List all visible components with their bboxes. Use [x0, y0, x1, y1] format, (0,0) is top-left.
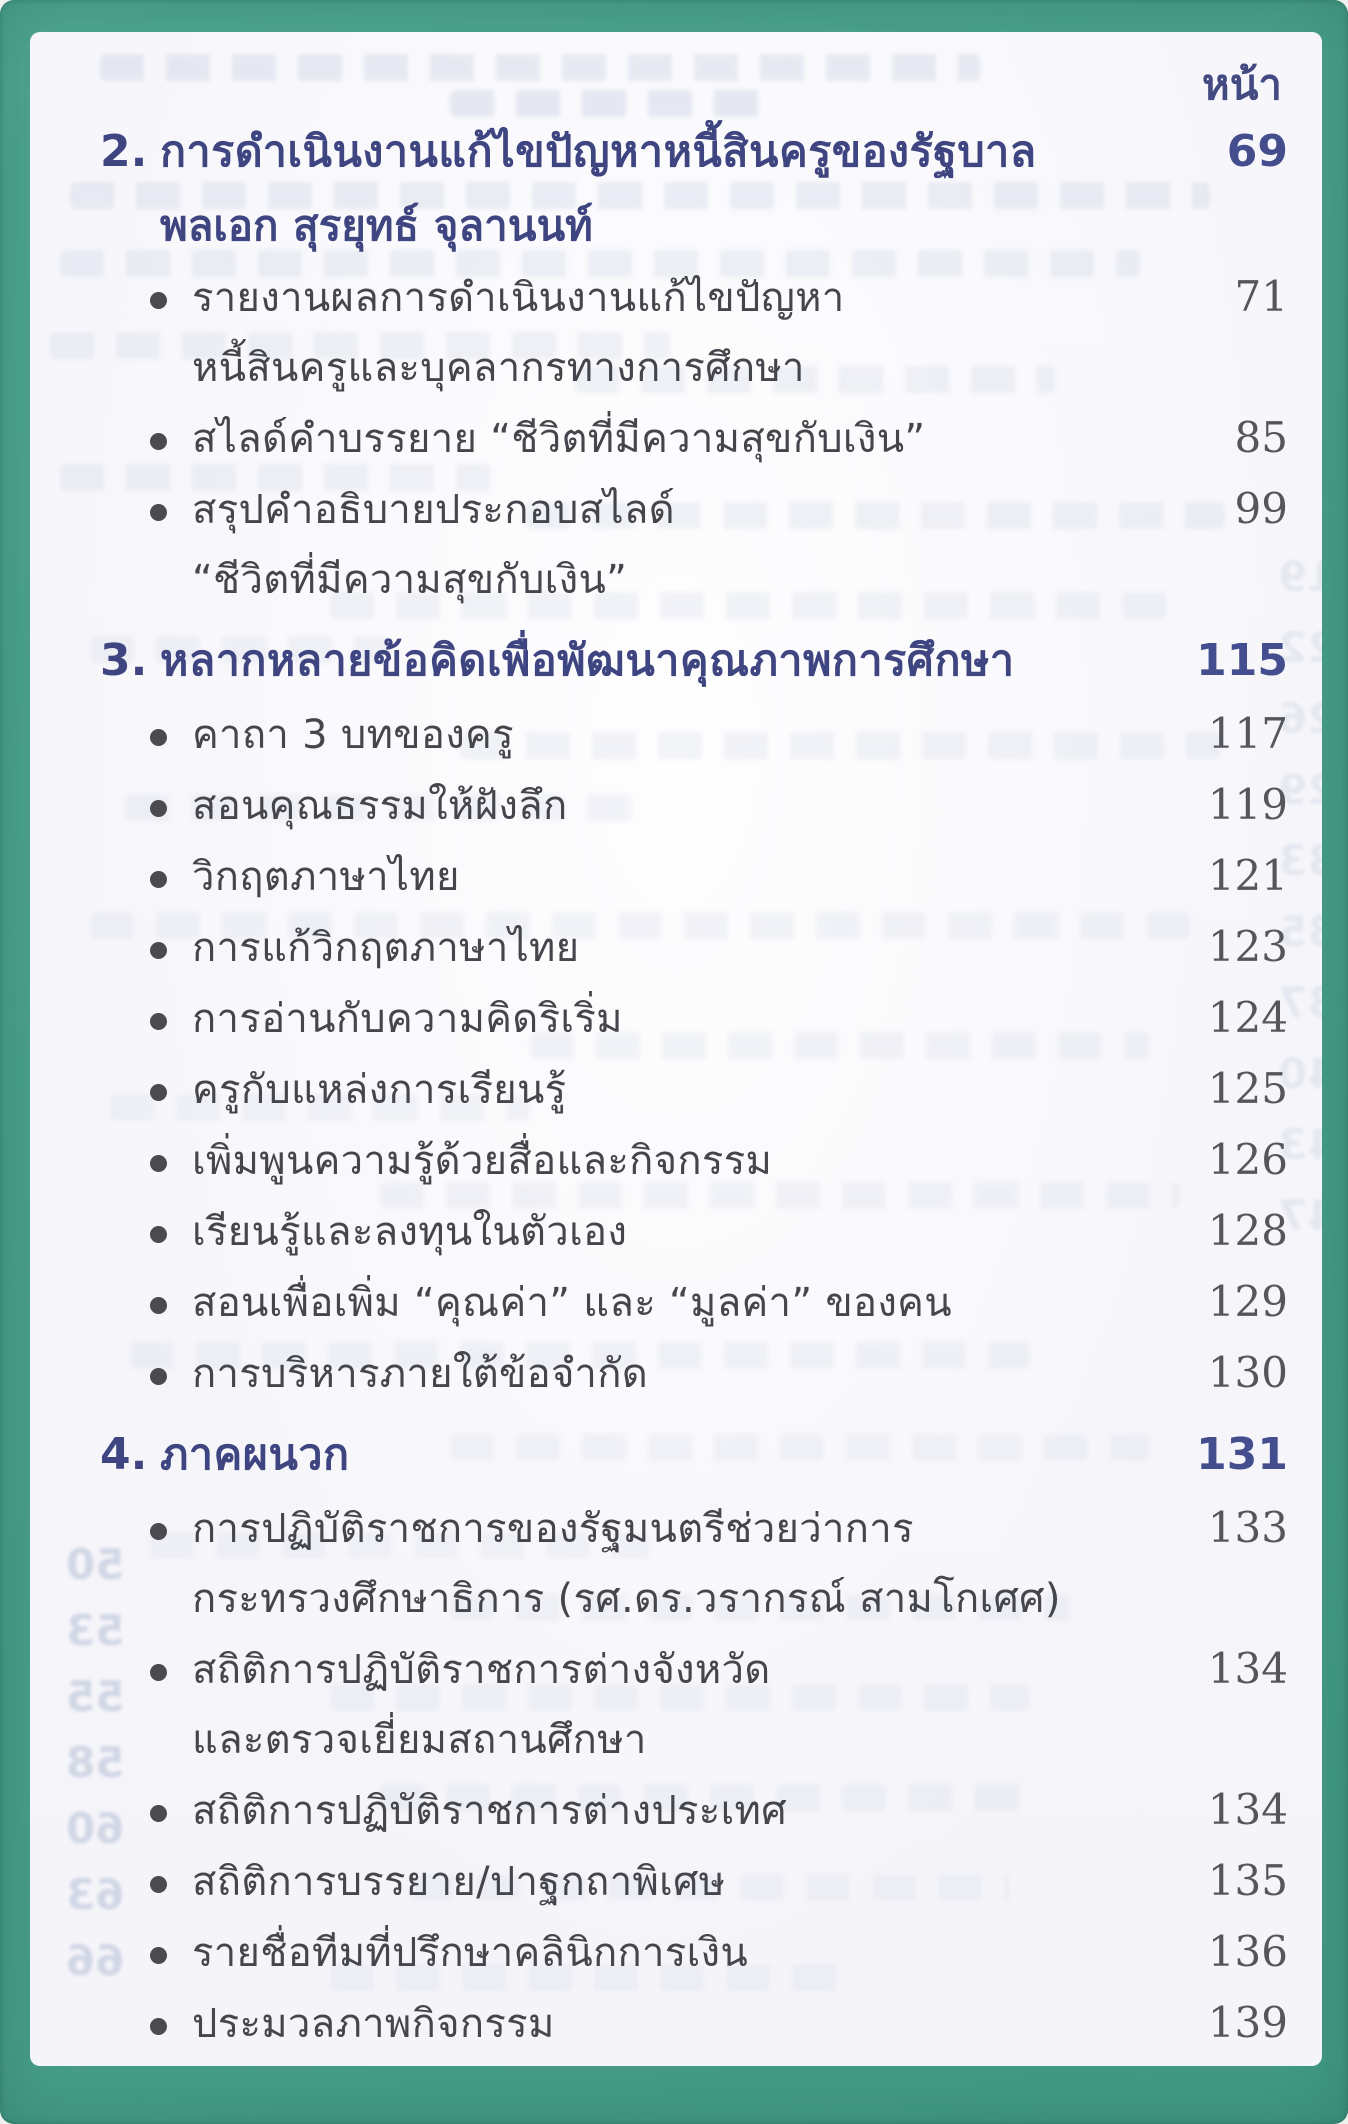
- item-title: สถิติการปฏิบัติราชการต่างจังหวัด: [192, 1635, 1176, 1705]
- toc-item-row: สอนเพื่อเพิ่ม “คุณค่า” และ “มูลค่า” ของค…: [100, 1267, 1288, 1338]
- item-page-number: 124: [1176, 983, 1288, 1053]
- item-title: การบริหารภายใต้ข้อจำกัด: [192, 1339, 1176, 1409]
- scan-border-frame: 5053555860636619222629333537404347 หน้า …: [0, 0, 1348, 2124]
- bullet-icon: [150, 942, 167, 959]
- bullet-icon: [150, 2018, 167, 2035]
- item-title: คาถา 3 บทของครู: [192, 700, 1176, 770]
- item-page-number: 134: [1176, 1634, 1288, 1704]
- item-title-continuation: หนี้สินครูและบุคลากรทางการศึกษา: [100, 333, 1288, 403]
- bullet-icon: [150, 1297, 167, 1314]
- bullet-icon: [150, 1805, 167, 1822]
- toc-item: การบริหารภายใต้ข้อจำกัด 130: [100, 1338, 1288, 1409]
- item-title-continuation: กระทรวงศึกษาธิการ (รศ.ดร.วรากรณ์ สามโกเศ…: [100, 1564, 1288, 1634]
- toc-item-row: รายชื่อทีมที่ปรึกษาคลินิกการเงิน 136: [100, 1917, 1288, 1988]
- item-title: สรุปคำอธิบายประกอบสไลด์: [192, 475, 1176, 545]
- section-number: 4.: [100, 1417, 160, 1493]
- toc-item-row: การปฏิบัติราชการของรัฐมนตรีช่วยว่าการ 13…: [100, 1493, 1288, 1564]
- toc-item: การแก้วิกฤตภาษาไทย 123: [100, 912, 1288, 983]
- toc-item-row: การแก้วิกฤตภาษาไทย 123: [100, 912, 1288, 983]
- section-title: ภาคผนวก: [160, 1417, 1168, 1493]
- bullet-icon: [150, 433, 167, 450]
- section-number: 2.: [100, 114, 160, 190]
- item-title-continuation: “ชีวิตที่มีความสุขกับเงิน”: [100, 545, 1288, 615]
- item-title: เรียนรู้และลงทุนในตัวเอง: [192, 1197, 1176, 1267]
- bullet-icon: [150, 800, 167, 817]
- item-page-number: 85: [1176, 403, 1288, 473]
- bullet-icon: [150, 1664, 167, 1681]
- item-title: การปฏิบัติราชการของรัฐมนตรีช่วยว่าการ: [192, 1494, 1176, 1564]
- section-title: การดำเนินงานแก้ไขปัญหาหนี้สินครูของรัฐบา…: [160, 114, 1168, 190]
- item-page-number: 139: [1176, 1988, 1288, 2058]
- toc-item-row: สถิติการปฏิบัติราชการต่างจังหวัด 134: [100, 1634, 1288, 1705]
- toc-item-row: สอนคุณธรรมให้ฝังลึก 119: [100, 770, 1288, 841]
- bullet-icon: [150, 1368, 167, 1385]
- toc-item: วิกฤตภาษาไทย 121: [100, 841, 1288, 912]
- toc-item: สรุปคำอธิบายประกอบสไลด์ 99 “ชีวิตที่มีคว…: [100, 474, 1288, 615]
- section-items: รายงานผลการดำเนินงานแก้ไขปัญหา 71 หนี้สิ…: [100, 262, 1288, 615]
- section-items: การปฏิบัติราชการของรัฐมนตรีช่วยว่าการ 13…: [100, 1493, 1288, 2059]
- toc-item: เพิ่มพูนความรู้ด้วยสื่อและกิจกรรม 126: [100, 1125, 1288, 1196]
- bullet-icon: [150, 1876, 167, 1893]
- item-page-number: 123: [1176, 912, 1288, 982]
- toc-item: รายงานผลการดำเนินงานแก้ไขปัญหา 71 หนี้สิ…: [100, 262, 1288, 403]
- bullet-icon: [150, 1084, 167, 1101]
- toc-section: 2. การดำเนินงานแก้ไขปัญหาหนี้สินครูของรั…: [100, 114, 1288, 615]
- section-subtitle: พลเอก สุรยุทธ์ จุลานนท์: [100, 190, 1288, 262]
- section-title: หลากหลายข้อคิดเพื่อพัฒนาคุณภาพการศึกษา: [160, 623, 1168, 699]
- item-title-continuation: และตรวจเยี่ยมสถานศึกษา: [100, 1705, 1288, 1775]
- toc-content: หน้า 2. การดำเนินงานแก้ไขปัญหาหนี้สินครู…: [30, 32, 1322, 2059]
- toc-item: สถิติการปฏิบัติราชการต่างประเทศ 134: [100, 1775, 1288, 1846]
- item-page-number: 71: [1176, 262, 1288, 332]
- bullet-icon: [150, 1155, 167, 1172]
- table-of-contents: 2. การดำเนินงานแก้ไขปัญหาหนี้สินครูของรั…: [100, 114, 1288, 2059]
- section-page-number: 131: [1168, 1417, 1288, 1493]
- item-page-number: 121: [1176, 841, 1288, 911]
- item-title: สถิติการปฏิบัติราชการต่างประเทศ: [192, 1776, 1176, 1846]
- bullet-icon: [150, 1013, 167, 1030]
- toc-section-heading: 4. ภาคผนวก 131: [100, 1417, 1288, 1493]
- item-page-number: 125: [1176, 1054, 1288, 1124]
- item-page-number: 119: [1176, 770, 1288, 840]
- page-column-header: หน้า: [100, 56, 1288, 114]
- item-title: การแก้วิกฤตภาษาไทย: [192, 913, 1176, 983]
- toc-item: รายชื่อทีมที่ปรึกษาคลินิกการเงิน 136: [100, 1917, 1288, 1988]
- toc-item: สอนคุณธรรมให้ฝังลึก 119: [100, 770, 1288, 841]
- bullet-icon: [150, 1947, 167, 1964]
- toc-section-heading: 2. การดำเนินงานแก้ไขปัญหาหนี้สินครูของรั…: [100, 114, 1288, 190]
- toc-section-heading: 3. หลากหลายข้อคิดเพื่อพัฒนาคุณภาพการศึกษ…: [100, 623, 1288, 699]
- section-page-number: 115: [1168, 623, 1288, 699]
- item-page-number: 133: [1176, 1493, 1288, 1563]
- bullet-icon: [150, 729, 167, 746]
- section-number: 3.: [100, 623, 160, 699]
- toc-item: สไลด์คำบรรยาย “ชีวิตที่มีความสุขกับเงิน”…: [100, 403, 1288, 474]
- item-title: ประมวลภาพกิจกรรม: [192, 1989, 1176, 2059]
- toc-page: 5053555860636619222629333537404347 หน้า …: [30, 32, 1322, 2066]
- item-page-number: 128: [1176, 1196, 1288, 1266]
- toc-item-row: รายงานผลการดำเนินงานแก้ไขปัญหา 71: [100, 262, 1288, 333]
- item-page-number: 136: [1176, 1917, 1288, 1987]
- toc-item: การปฏิบัติราชการของรัฐมนตรีช่วยว่าการ 13…: [100, 1493, 1288, 1634]
- toc-item-row: เรียนรู้และลงทุนในตัวเอง 128: [100, 1196, 1288, 1267]
- toc-item-row: ประมวลภาพกิจกรรม 139: [100, 1988, 1288, 2059]
- toc-item-row: คาถา 3 บทของครู 117: [100, 699, 1288, 770]
- toc-item-row: สถิติการปฏิบัติราชการต่างประเทศ 134: [100, 1775, 1288, 1846]
- section-page-number: 69: [1168, 114, 1288, 190]
- item-title: ครูกับแหล่งการเรียนรู้: [192, 1055, 1176, 1125]
- item-page-number: 134: [1176, 1775, 1288, 1845]
- item-title: รายงานผลการดำเนินงานแก้ไขปัญหา: [192, 263, 1176, 333]
- item-title: สอนเพื่อเพิ่ม “คุณค่า” และ “มูลค่า” ของค…: [192, 1268, 1176, 1338]
- toc-item-row: สรุปคำอธิบายประกอบสไลด์ 99: [100, 474, 1288, 545]
- toc-item-row: สถิติการบรรยาย/ปาฐกถาพิเศษ 135: [100, 1846, 1288, 1917]
- item-title: สถิติการบรรยาย/ปาฐกถาพิเศษ: [192, 1847, 1176, 1917]
- item-page-number: 129: [1176, 1267, 1288, 1337]
- toc-item-row: การบริหารภายใต้ข้อจำกัด 130: [100, 1338, 1288, 1409]
- toc-item-row: วิกฤตภาษาไทย 121: [100, 841, 1288, 912]
- toc-item-row: ครูกับแหล่งการเรียนรู้ 125: [100, 1054, 1288, 1125]
- toc-item: สถิติการปฏิบัติราชการต่างจังหวัด 134 และ…: [100, 1634, 1288, 1775]
- item-title: รายชื่อทีมที่ปรึกษาคลินิกการเงิน: [192, 1918, 1176, 1988]
- item-title: สอนคุณธรรมให้ฝังลึก: [192, 771, 1176, 841]
- toc-item-row: เพิ่มพูนความรู้ด้วยสื่อและกิจกรรม 126: [100, 1125, 1288, 1196]
- item-page-number: 117: [1176, 699, 1288, 769]
- section-items: คาถา 3 บทของครู 117 สอนคุณธรรมให้ฝังลึก …: [100, 699, 1288, 1409]
- toc-section: 3. หลากหลายข้อคิดเพื่อพัฒนาคุณภาพการศึกษ…: [100, 623, 1288, 1409]
- toc-item: ครูกับแหล่งการเรียนรู้ 125: [100, 1054, 1288, 1125]
- toc-item: ประมวลภาพกิจกรรม 139: [100, 1988, 1288, 2059]
- bullet-icon: [150, 871, 167, 888]
- toc-item-row: สไลด์คำบรรยาย “ชีวิตที่มีความสุขกับเงิน”…: [100, 403, 1288, 474]
- toc-item: เรียนรู้และลงทุนในตัวเอง 128: [100, 1196, 1288, 1267]
- bullet-icon: [150, 1523, 167, 1540]
- bullet-icon: [150, 504, 167, 521]
- toc-item-row: การอ่านกับความคิดริเริ่ม 124: [100, 983, 1288, 1054]
- toc-item: สถิติการบรรยาย/ปาฐกถาพิเศษ 135: [100, 1846, 1288, 1917]
- toc-item: สอนเพื่อเพิ่ม “คุณค่า” และ “มูลค่า” ของค…: [100, 1267, 1288, 1338]
- item-title: เพิ่มพูนความรู้ด้วยสื่อและกิจกรรม: [192, 1126, 1176, 1196]
- item-page-number: 126: [1176, 1125, 1288, 1195]
- toc-item: การอ่านกับความคิดริเริ่ม 124: [100, 983, 1288, 1054]
- item-title: การอ่านกับความคิดริเริ่ม: [192, 984, 1176, 1054]
- item-title: วิกฤตภาษาไทย: [192, 842, 1176, 912]
- toc-section: 4. ภาคผนวก 131 การปฏิบัติราชการของรัฐมนต…: [100, 1417, 1288, 2059]
- item-page-number: 99: [1176, 474, 1288, 544]
- item-page-number: 135: [1176, 1846, 1288, 1916]
- item-title: สไลด์คำบรรยาย “ชีวิตที่มีความสุขกับเงิน”: [192, 404, 1176, 474]
- item-page-number: 130: [1176, 1338, 1288, 1408]
- bullet-icon: [150, 1226, 167, 1243]
- bullet-icon: [150, 292, 167, 309]
- toc-item: คาถา 3 บทของครู 117: [100, 699, 1288, 770]
